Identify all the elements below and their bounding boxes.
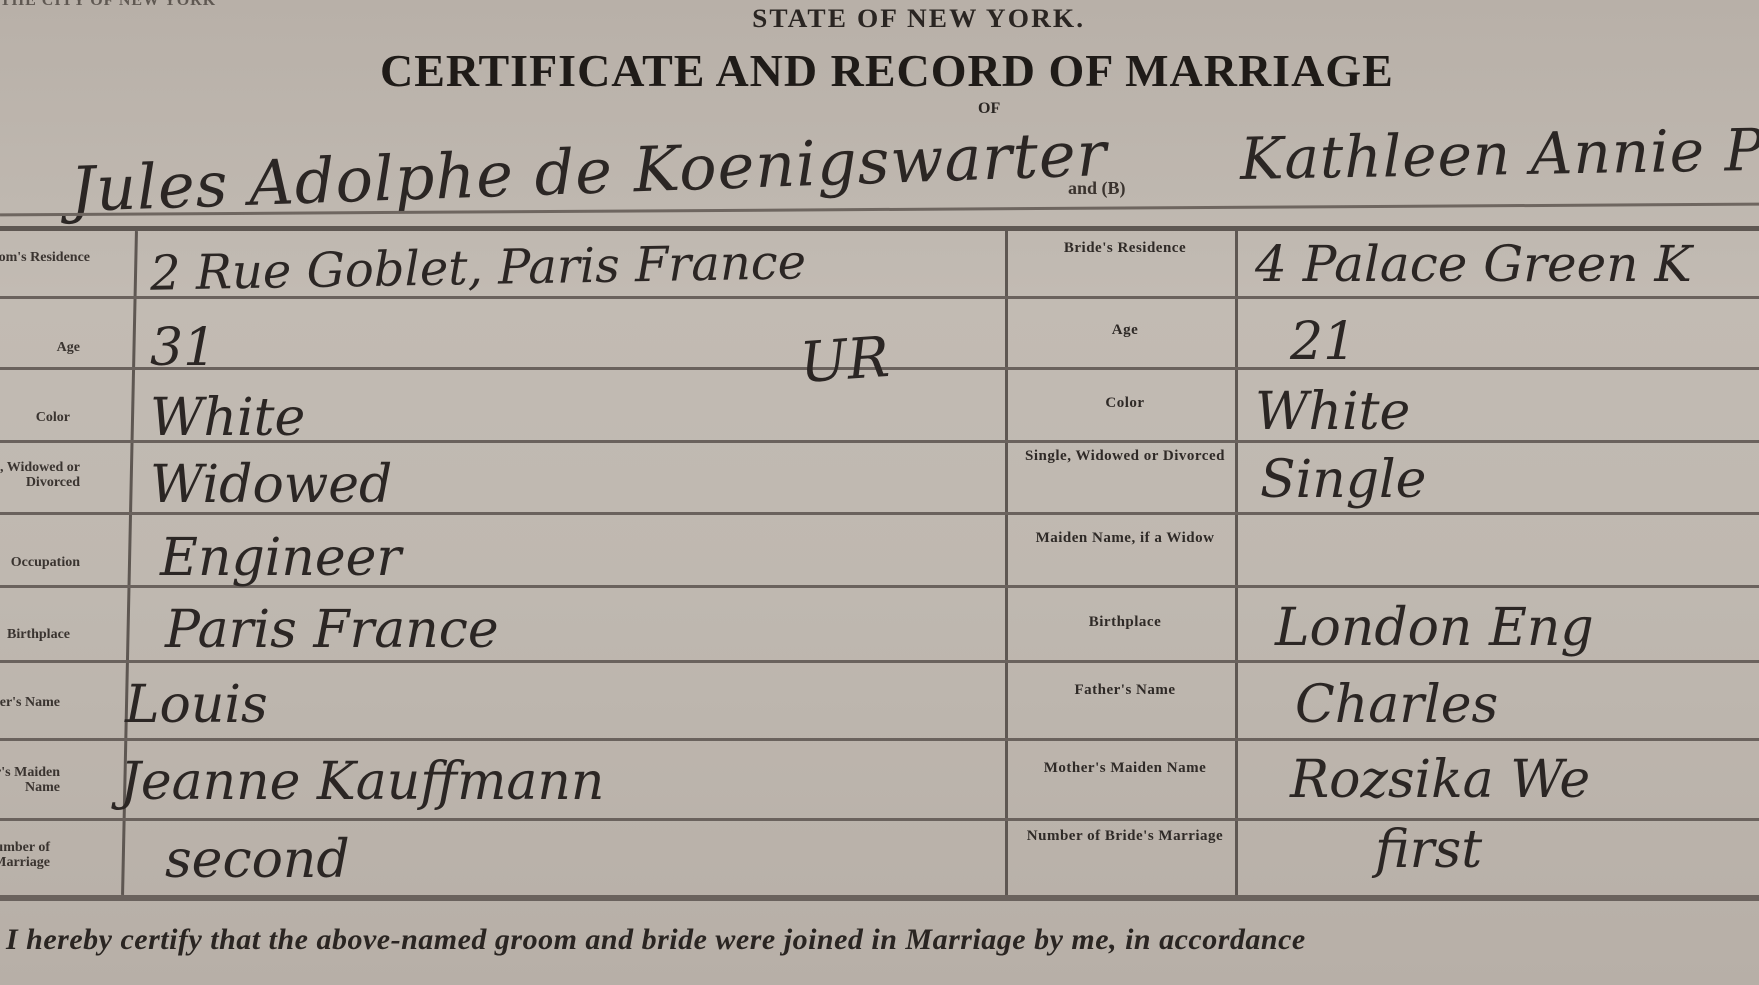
bride-color: White — [1255, 382, 1410, 442]
bride-label-divider — [1235, 231, 1238, 895]
groom-birthplace: Paris France — [165, 600, 499, 660]
bride-birthplace: London Eng — [1275, 598, 1594, 658]
groom-marriage-number: second — [165, 830, 350, 890]
groom-label-mother: Mother's Maiden Name — [0, 765, 60, 795]
groom-marital-status: Widowed — [150, 455, 392, 515]
row-line — [0, 738, 1759, 741]
bride-name: Kathleen Annie Pannonica — [1239, 111, 1759, 193]
of-label: OF — [978, 100, 1000, 118]
bride-label-residence: Bride's Residence — [1015, 240, 1235, 256]
groom-label-color: Color — [0, 410, 70, 425]
city-header: THE CITY OF NEW YORK — [0, 0, 216, 10]
bride-label-birthplace: Birthplace — [1015, 614, 1235, 630]
bride-label-father: Father's Name — [1015, 682, 1235, 698]
registrar-initials: UR — [798, 325, 892, 396]
groom-label-age: Age — [0, 340, 80, 355]
groom-mother-maiden-name: Jeanne Kauffmann — [120, 752, 604, 812]
bride-label-mother: Mother's Maiden Name — [1015, 760, 1235, 776]
bride-marital-status: Single — [1260, 450, 1426, 510]
certificate-paper: THE CITY OF NEW YORK STATE OF NEW YORK. … — [0, 0, 1759, 985]
bride-label-marriage-number: Number of Bride's Marriage — [1015, 828, 1235, 844]
table-top-border — [0, 226, 1759, 231]
groom-label-marital: Single, Widowed or Divorced — [0, 460, 80, 490]
bride-label-age: Age — [1015, 322, 1235, 338]
groom-label-birthplace: Birthplace — [0, 627, 70, 642]
bride-marriage-number: first — [1375, 820, 1482, 880]
groom-label-residence: Groom's Residence — [0, 250, 90, 265]
row-line — [0, 818, 1759, 821]
state-header: STATE OF NEW YORK. — [752, 4, 1085, 34]
document-title: CERTIFICATE AND RECORD OF MARRIAGE — [380, 44, 1394, 97]
groom-label-father: Father's Name — [0, 695, 60, 710]
bride-age: 21 — [1290, 312, 1356, 372]
groom-occupation: Engineer — [160, 528, 401, 588]
groom-color: White — [150, 388, 305, 448]
table-bottom-border — [0, 895, 1759, 901]
bride-label-maiden-name: Maiden Name, if a Widow — [1015, 530, 1235, 546]
bride-father-name: Charles — [1295, 675, 1498, 735]
bride-residence: 4 Palace Green K — [1255, 235, 1692, 293]
bride-label-marital: Single, Widowed or Divorced — [1015, 448, 1235, 464]
groom-residence: 2 Rue Goblet, Paris France — [150, 234, 807, 301]
groom-father-name: Louis — [125, 675, 268, 735]
groom-label-marriage-number: Number of Groom's Marriage — [0, 840, 50, 870]
and-label: and (B) — [1068, 178, 1126, 199]
bride-mother-maiden-name: Rozsika We — [1290, 750, 1590, 810]
bride-label-color: Color — [1015, 395, 1235, 411]
center-divider — [1005, 231, 1008, 895]
groom-label-occupation: Occupation — [0, 555, 80, 570]
row-line — [0, 660, 1759, 663]
groom-age: 31 — [150, 318, 216, 378]
certification-text: I hereby certify that the above-named gr… — [6, 923, 1306, 957]
